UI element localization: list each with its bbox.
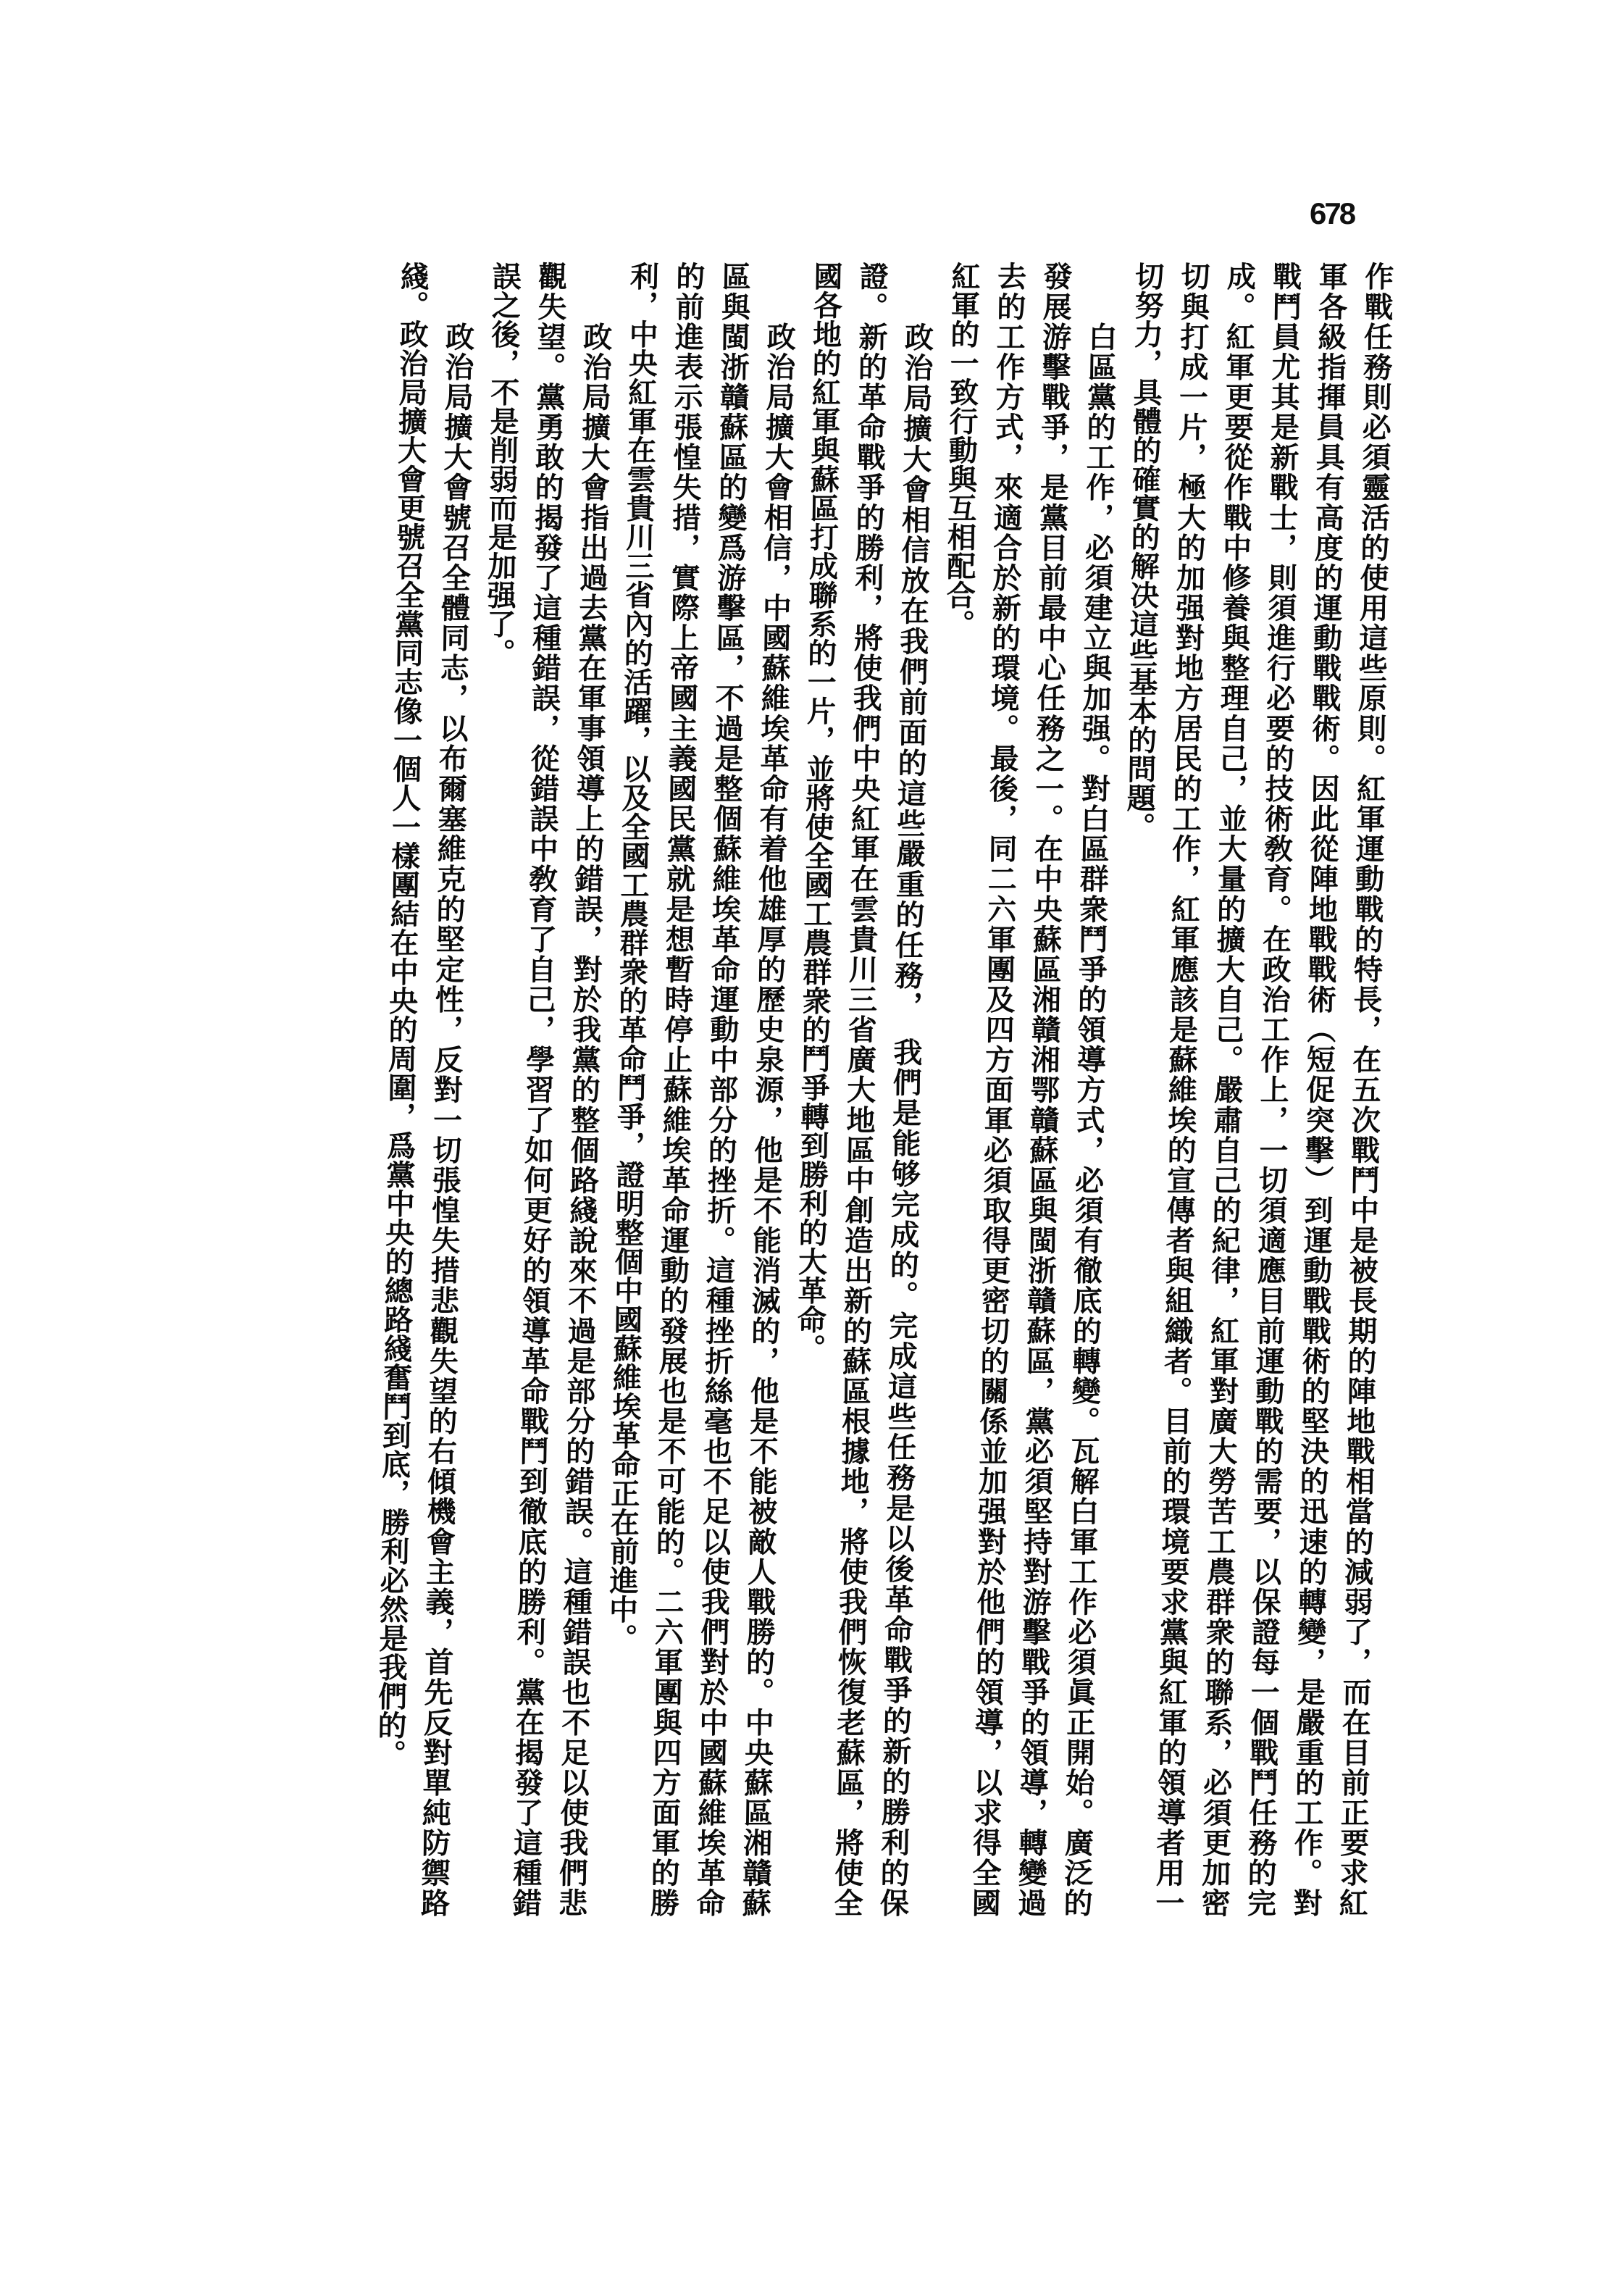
page-number: 678	[1310, 199, 1354, 229]
vertical-text-body: 作戰任務則必須靈活的使用這些原則。紅軍運動戰的特長，在五次戰鬥中是被長期的陣地戰…	[364, 262, 1400, 1917]
